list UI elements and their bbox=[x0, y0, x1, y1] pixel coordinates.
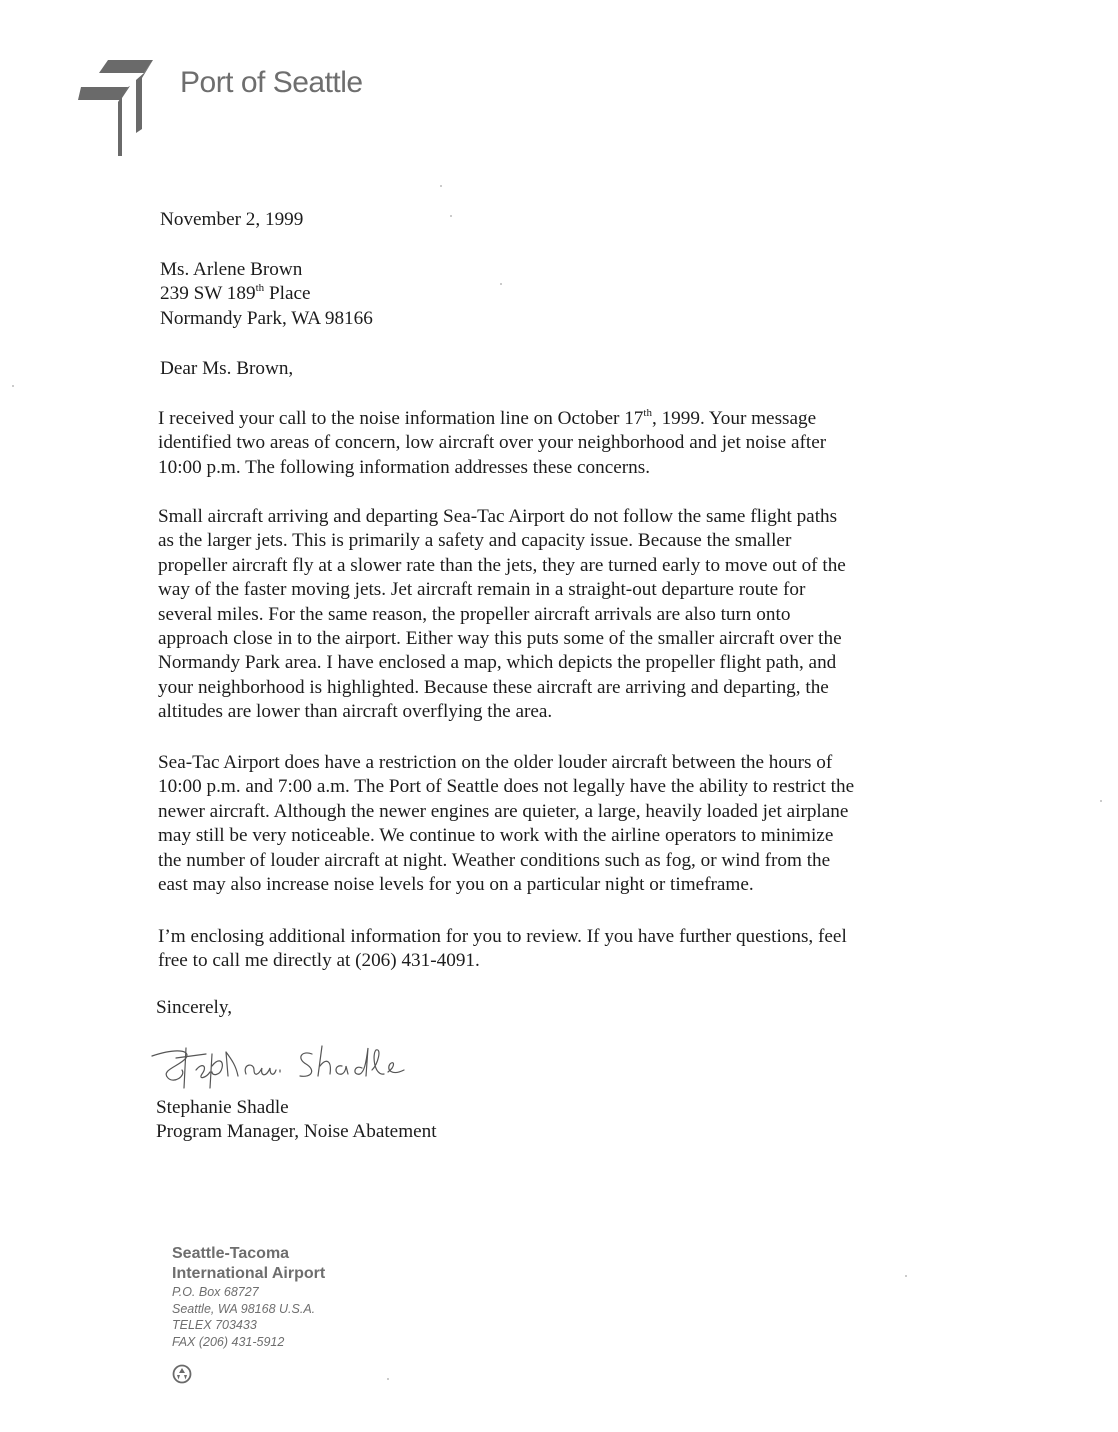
paragraph-line: altitudes are lower than aircraft overfl… bbox=[158, 700, 958, 724]
signer-title: Program Manager, Noise Abatement bbox=[156, 1120, 437, 1144]
paragraph-line: approach close in to the airport. Either… bbox=[158, 627, 958, 651]
paragraph-3: Sea-Tac Airport does have a restriction … bbox=[158, 751, 958, 897]
footer-org-line1: Seattle-Tacoma bbox=[172, 1244, 325, 1264]
paragraph-line: newer aircraft. Although the newer engin… bbox=[158, 800, 958, 824]
letter-date: November 2, 1999 bbox=[160, 208, 303, 232]
recipient-city: Normandy Park, WA 98166 bbox=[160, 307, 373, 331]
port-of-seattle-logo-icon bbox=[78, 56, 168, 156]
footer-telex: TELEX 703433 bbox=[172, 1317, 325, 1334]
recycled-paper-icon bbox=[172, 1364, 192, 1384]
street-number: 239 SW 189 bbox=[160, 283, 256, 304]
paragraph-1: I received your call to the noise inform… bbox=[158, 407, 958, 480]
scan-speck bbox=[440, 185, 442, 187]
street-name: Place bbox=[264, 283, 310, 304]
recipient-street: 239 SW 189th Place bbox=[160, 282, 373, 306]
signer-block: Stephanie Shadle Program Manager, Noise … bbox=[156, 1096, 437, 1145]
paragraph-line: east may also increase noise levels for … bbox=[158, 873, 958, 897]
paragraph-line: I received your call to the noise inform… bbox=[158, 407, 958, 431]
paragraph-2: Small aircraft arriving and departing Se… bbox=[158, 505, 958, 725]
paragraph-line: 10:00 p.m. The following information add… bbox=[158, 456, 958, 480]
text-run: I received your call to the noise inform… bbox=[158, 408, 643, 429]
salutation: Dear Ms. Brown, bbox=[160, 357, 293, 381]
footer-fax: FAX (206) 431-5912 bbox=[172, 1334, 325, 1351]
paragraph-4: I’m enclosing additional information for… bbox=[158, 925, 958, 974]
text-run: , 1999. Your message bbox=[652, 408, 816, 429]
recipient-name: Ms. Arlene Brown bbox=[160, 258, 373, 282]
scan-speck bbox=[450, 215, 452, 217]
paragraph-line: way of the faster moving jets. Jet aircr… bbox=[158, 578, 958, 602]
paragraph-line: I’m enclosing additional information for… bbox=[158, 925, 958, 949]
footer-org-line2: International Airport bbox=[172, 1264, 325, 1284]
footer-address: Seattle-Tacoma International Airport P.O… bbox=[172, 1244, 325, 1350]
paragraph-line: Normandy Park area. I have enclosed a ma… bbox=[158, 651, 958, 675]
paragraph-line: the number of louder aircraft at night. … bbox=[158, 849, 958, 873]
scan-speck bbox=[500, 283, 502, 285]
ordinal-suffix: th bbox=[643, 407, 652, 419]
recipient-address: Ms. Arlene Brown 239 SW 189th Place Norm… bbox=[160, 258, 373, 331]
paragraph-line: 10:00 p.m. and 7:00 a.m. The Port of Sea… bbox=[158, 775, 958, 799]
paragraph-line: identified two areas of concern, low air… bbox=[158, 431, 958, 455]
scan-speck bbox=[12, 385, 14, 387]
footer-po-box: P.O. Box 68727 bbox=[172, 1284, 325, 1301]
paragraph-line: Small aircraft arriving and departing Se… bbox=[158, 505, 958, 529]
closing: Sincerely, bbox=[156, 996, 232, 1020]
paragraph-line: propeller aircraft fly at a slower rate … bbox=[158, 554, 958, 578]
paragraph-line: your neighborhood is highlighted. Becaus… bbox=[158, 676, 958, 700]
signer-name: Stephanie Shadle bbox=[156, 1096, 437, 1120]
paragraph-line: Sea-Tac Airport does have a restriction … bbox=[158, 751, 958, 775]
paragraph-line: may still be very noticeable. We continu… bbox=[158, 824, 958, 848]
paragraph-line: free to call me directly at (206) 431-40… bbox=[158, 949, 958, 973]
organization-name: Port of Seattle bbox=[180, 66, 363, 100]
scan-speck bbox=[905, 1275, 907, 1277]
scan-speck bbox=[1100, 800, 1102, 802]
footer-city: Seattle, WA 98168 U.S.A. bbox=[172, 1301, 325, 1318]
ordinal-suffix: th bbox=[256, 282, 265, 294]
paragraph-line: several miles. For the same reason, the … bbox=[158, 603, 958, 627]
scan-speck bbox=[387, 1378, 389, 1380]
paragraph-line: as the larger jets. This is primarily a … bbox=[158, 529, 958, 553]
handwritten-signature-icon bbox=[146, 1036, 446, 1096]
